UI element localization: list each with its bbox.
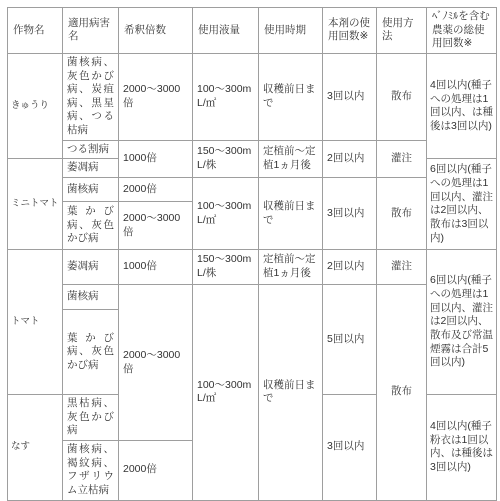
method-cell: 灌注 xyxy=(377,140,427,177)
usage-count-cell: 3回以内 xyxy=(323,178,377,250)
usage-count-cell: 3回以内 xyxy=(323,395,377,500)
crop-name-cell: なす xyxy=(8,395,63,500)
method-cell: 散布 xyxy=(377,285,427,500)
crop-name-cell: きゅうり xyxy=(8,53,63,158)
header-total-count: ﾍﾞﾉﾐﾙを含む農薬の総使用回数※ xyxy=(427,8,497,54)
usage-count-cell: 3回以内 xyxy=(323,53,377,140)
dilution-cell: 2000〜3000倍 xyxy=(119,202,193,250)
header-method: 使用方法 xyxy=(377,8,427,54)
total-count-cell: 6回以内(種子への処理は1回以内、灌注は2回以内、散布及び常温煙霧は合計5回以内… xyxy=(427,250,497,395)
volume-cell: 100〜300mL/㎡ xyxy=(193,285,259,500)
header-volume: 使用液量 xyxy=(193,8,259,54)
dilution-cell: 2000〜3000倍 xyxy=(119,285,193,441)
disease-cell: 萎凋病 xyxy=(63,250,119,285)
table-row: 菌核病 2000〜3000倍 100〜300mL/㎡ 収穫前日まで 5回以内 散… xyxy=(8,285,497,310)
header-crop: 作物名 xyxy=(8,8,63,54)
usage-count-cell: 5回以内 xyxy=(323,285,377,395)
table-row: つる割病 1000倍 150〜300mL/株 定植前〜定植1ヵ月後 2回以内 灌… xyxy=(8,140,497,159)
dilution-cell: 1000倍 xyxy=(119,140,193,177)
volume-cell: 100〜300mL/㎡ xyxy=(193,53,259,140)
volume-cell: 100〜300mL/㎡ xyxy=(193,178,259,250)
disease-cell: 黒枯病、灰色かび病 xyxy=(63,395,119,441)
disease-cell: つる割病 xyxy=(63,140,119,159)
timing-cell: 収穫前日まで xyxy=(259,53,323,140)
crop-name-cell: トマト xyxy=(8,250,63,395)
table-row: 菌核病 2000倍 100〜300mL/㎡ 収穫前日まで 3回以内 散布 xyxy=(8,178,497,202)
header-disease: 適用病害名 xyxy=(63,8,119,54)
table-row: きゅうり 菌核病、灰色かび病、炭疽病、黒星病、つる枯病 2000〜3000倍 1… xyxy=(8,53,497,140)
header-row: 作物名 適用病害名 希釈倍数 使用液量 使用時期 本剤の使用回数※ 使用方法 ﾍ… xyxy=(8,8,497,54)
pesticide-usage-table: 作物名 適用病害名 希釈倍数 使用液量 使用時期 本剤の使用回数※ 使用方法 ﾍ… xyxy=(7,7,497,501)
disease-cell: 菌核病 xyxy=(63,285,119,310)
timing-cell: 収穫前日まで xyxy=(259,178,323,250)
dilution-cell: 1000倍 xyxy=(119,250,193,285)
dilution-cell: 2000倍 xyxy=(119,178,193,202)
method-cell: 散布 xyxy=(377,178,427,250)
disease-cell: 葉かび病、灰色かび病 xyxy=(63,202,119,250)
header-dilution: 希釈倍数 xyxy=(119,8,193,54)
disease-cell: 菌核病 xyxy=(63,178,119,202)
method-cell: 灌注 xyxy=(377,250,427,285)
dilution-cell: 2000倍 xyxy=(119,440,193,500)
volume-cell: 150〜300mL/株 xyxy=(193,250,259,285)
crop-name-cell: ミニトマト xyxy=(8,159,63,250)
dilution-cell: 2000〜3000倍 xyxy=(119,53,193,140)
timing-cell: 定植前〜定植1ヵ月後 xyxy=(259,250,323,285)
total-count-cell: 6回以内(種子への処理は1回以内、灌注は2回以内、散布は3回以内) xyxy=(427,159,497,250)
timing-cell: 収穫前日まで xyxy=(259,285,323,500)
volume-cell: 150〜300mL/株 xyxy=(193,140,259,177)
disease-cell: 菌核病、灰色かび病、炭疽病、黒星病、つる枯病 xyxy=(63,53,119,140)
header-usage-count: 本剤の使用回数※ xyxy=(323,8,377,54)
total-count-cell: 4回以内(種子粉衣は1回以内、は種後は3回以内) xyxy=(427,395,497,500)
usage-count-cell: 2回以内 xyxy=(323,250,377,285)
disease-cell: 萎凋病 xyxy=(63,159,119,178)
timing-cell: 定植前〜定植1ヵ月後 xyxy=(259,140,323,177)
total-count-cell: 4回以内(種子への処理は1回以内、は種後は3回以内) xyxy=(427,53,497,158)
pesticide-usage-table-wrapper: 作物名 適用病害名 希釈倍数 使用液量 使用時期 本剤の使用回数※ 使用方法 ﾍ… xyxy=(0,0,500,501)
disease-cell: 菌核病、褐紋病、フザリウム立枯病 xyxy=(63,440,119,500)
method-cell: 散布 xyxy=(377,53,427,140)
usage-count-cell: 2回以内 xyxy=(323,140,377,177)
table-row: トマト 萎凋病 1000倍 150〜300mL/株 定植前〜定植1ヵ月後 2回以… xyxy=(8,250,497,285)
header-timing: 使用時期 xyxy=(259,8,323,54)
disease-cell: 葉かび病、灰色かび病 xyxy=(63,310,119,395)
